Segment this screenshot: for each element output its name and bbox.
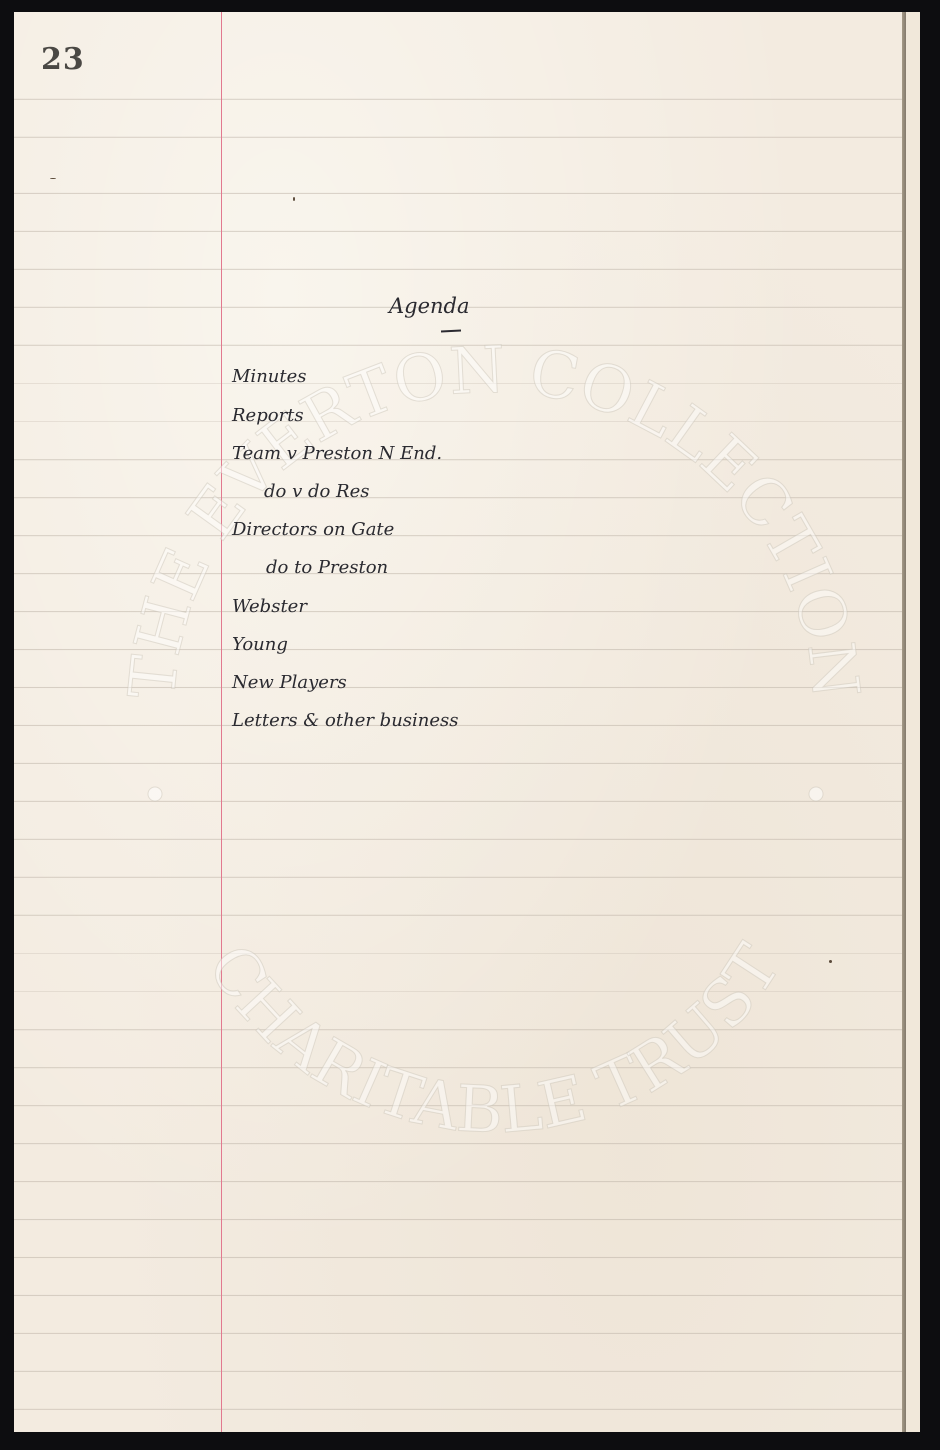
agenda-item: Reports — [232, 405, 304, 426]
agenda-item: New Players — [232, 672, 347, 693]
agenda-item: Webster — [232, 596, 307, 617]
agenda-item: Directors on Gate — [232, 519, 394, 540]
ruled-lines — [14, 84, 904, 1432]
ledger-page: 23 THE EVERTON COLLECTION CHARITABLE TRU… — [14, 12, 904, 1432]
agenda-heading: Agenda — [389, 294, 470, 318]
margin-rule — [221, 12, 222, 1432]
ink-speck — [829, 960, 832, 963]
agenda-item: do to Preston — [266, 557, 388, 578]
page-number: 23 — [41, 42, 85, 77]
ink-speck — [50, 178, 56, 179]
agenda-item: Young — [232, 634, 288, 655]
agenda-item: Letters & other business — [232, 710, 459, 731]
agenda-item: Team v Preston N End. — [232, 443, 442, 464]
agenda-item: do v do Res — [264, 481, 370, 502]
ink-speck — [293, 197, 295, 201]
adjacent-page-sliver — [906, 12, 920, 1432]
agenda-item: Minutes — [232, 366, 307, 387]
